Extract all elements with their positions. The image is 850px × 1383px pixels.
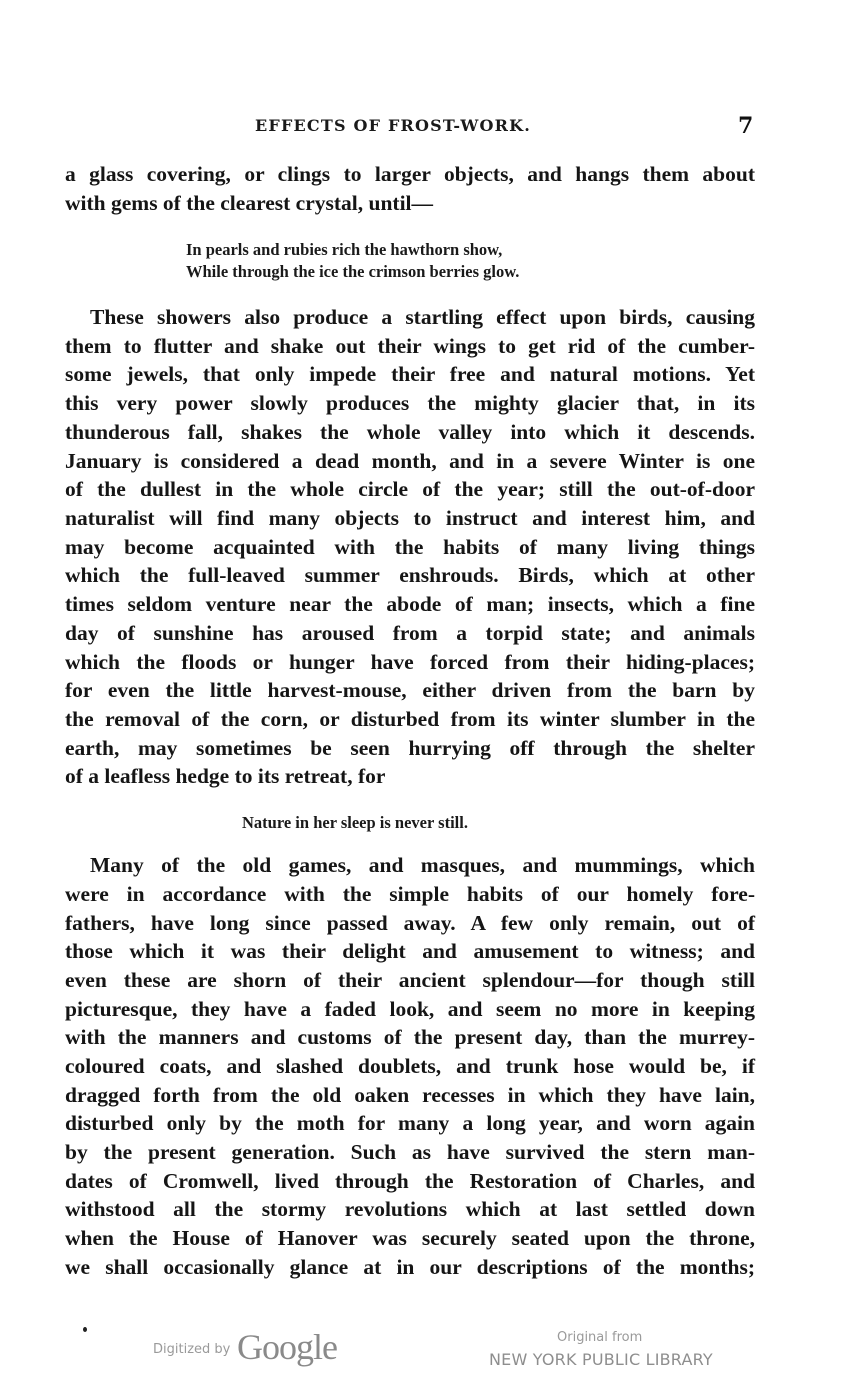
- text-line: a glass covering, or clings to larger ob…: [65, 160, 755, 188]
- text-line: which the floods or hunger have forced f…: [65, 648, 755, 676]
- text-line: January is considered a dead month, and …: [65, 447, 755, 475]
- verse-line: While through the ice the crimson berrie…: [186, 261, 519, 283]
- text-line: with the manners and customs of the pres…: [65, 1023, 755, 1051]
- text-line: those which it was their delight and amu…: [65, 937, 755, 965]
- text-line: earth, may sometimes be seen hurrying of…: [65, 734, 755, 762]
- text-line: may become acquainted with the habits of…: [65, 533, 755, 561]
- text-line: this very power slowly produces the migh…: [65, 389, 755, 417]
- text-line: times seldom venture near the abode of m…: [65, 590, 755, 618]
- text-line: of the dullest in the whole circle of th…: [65, 475, 755, 503]
- text-line: by the present generation. Such as have …: [65, 1138, 755, 1166]
- google-logo: Google: [237, 1326, 337, 1368]
- text-line: day of sunshine has aroused from a torpi…: [65, 619, 755, 647]
- digitization-footer: Digitized by Google Original from NEW YO…: [0, 1320, 850, 1380]
- text-line: withstood all the stormy revolutions whi…: [65, 1195, 755, 1223]
- running-title: EFFECTS OF FROST-WORK.: [255, 116, 531, 135]
- paragraph-first-line: Many of the old games, and masques, and …: [90, 851, 755, 879]
- text-line: the removal of the corn, or disturbed fr…: [65, 705, 755, 733]
- text-line: picturesque, they have a faded look, and…: [65, 995, 755, 1023]
- book-page: EFFECTS OF FROST-WORK. 7 a glass coverin…: [0, 0, 850, 1383]
- text-line: were in accordance with the simple habit…: [65, 880, 755, 908]
- text-line: naturalist will find many objects to ins…: [65, 504, 755, 532]
- text-line: thunderous fall, shakes the whole valley…: [65, 418, 755, 446]
- verse-line: Nature in her sleep is never still.: [242, 812, 468, 834]
- text-line: coloured coats, and slashed doublets, an…: [65, 1052, 755, 1080]
- text-line: some jewels, that only impede their free…: [65, 360, 755, 388]
- digitized-by-label: Digitized by: [153, 1342, 230, 1357]
- text-line: with gems of the clearest crystal, until…: [65, 189, 755, 217]
- page-header: EFFECTS OF FROST-WORK. 7: [0, 113, 850, 143]
- text-line: them to flutter and shake out their wing…: [65, 332, 755, 360]
- library-name: NEW YORK PUBLIC LIBRARY: [489, 1350, 713, 1369]
- text-line: even these are shorn of their ancient sp…: [65, 966, 755, 994]
- original-from-label: Original from: [557, 1330, 642, 1345]
- text-line: for even the little harvest-mouse, eithe…: [65, 676, 755, 704]
- text-line: fathers, have long since passed away. A …: [65, 909, 755, 937]
- text-line: when the House of Hanover was securely s…: [65, 1224, 755, 1252]
- text-line: which the full-leaved summer enshrouds. …: [65, 561, 755, 589]
- text-line: of a leafless hedge to its retreat, for: [65, 762, 755, 790]
- paragraph-first-line: These showers also produce a startling e…: [90, 303, 755, 331]
- text-line: we shall occasionally glance at in our d…: [65, 1253, 755, 1281]
- text-line: dates of Cromwell, lived through the Res…: [65, 1167, 755, 1195]
- page-number: 7: [738, 113, 753, 139]
- text-line: disturbed only by the moth for many a lo…: [65, 1109, 755, 1137]
- text-line: dragged forth from the old oaken recesse…: [65, 1081, 755, 1109]
- verse-line: In pearls and rubies rich the hawthorn s…: [186, 239, 502, 261]
